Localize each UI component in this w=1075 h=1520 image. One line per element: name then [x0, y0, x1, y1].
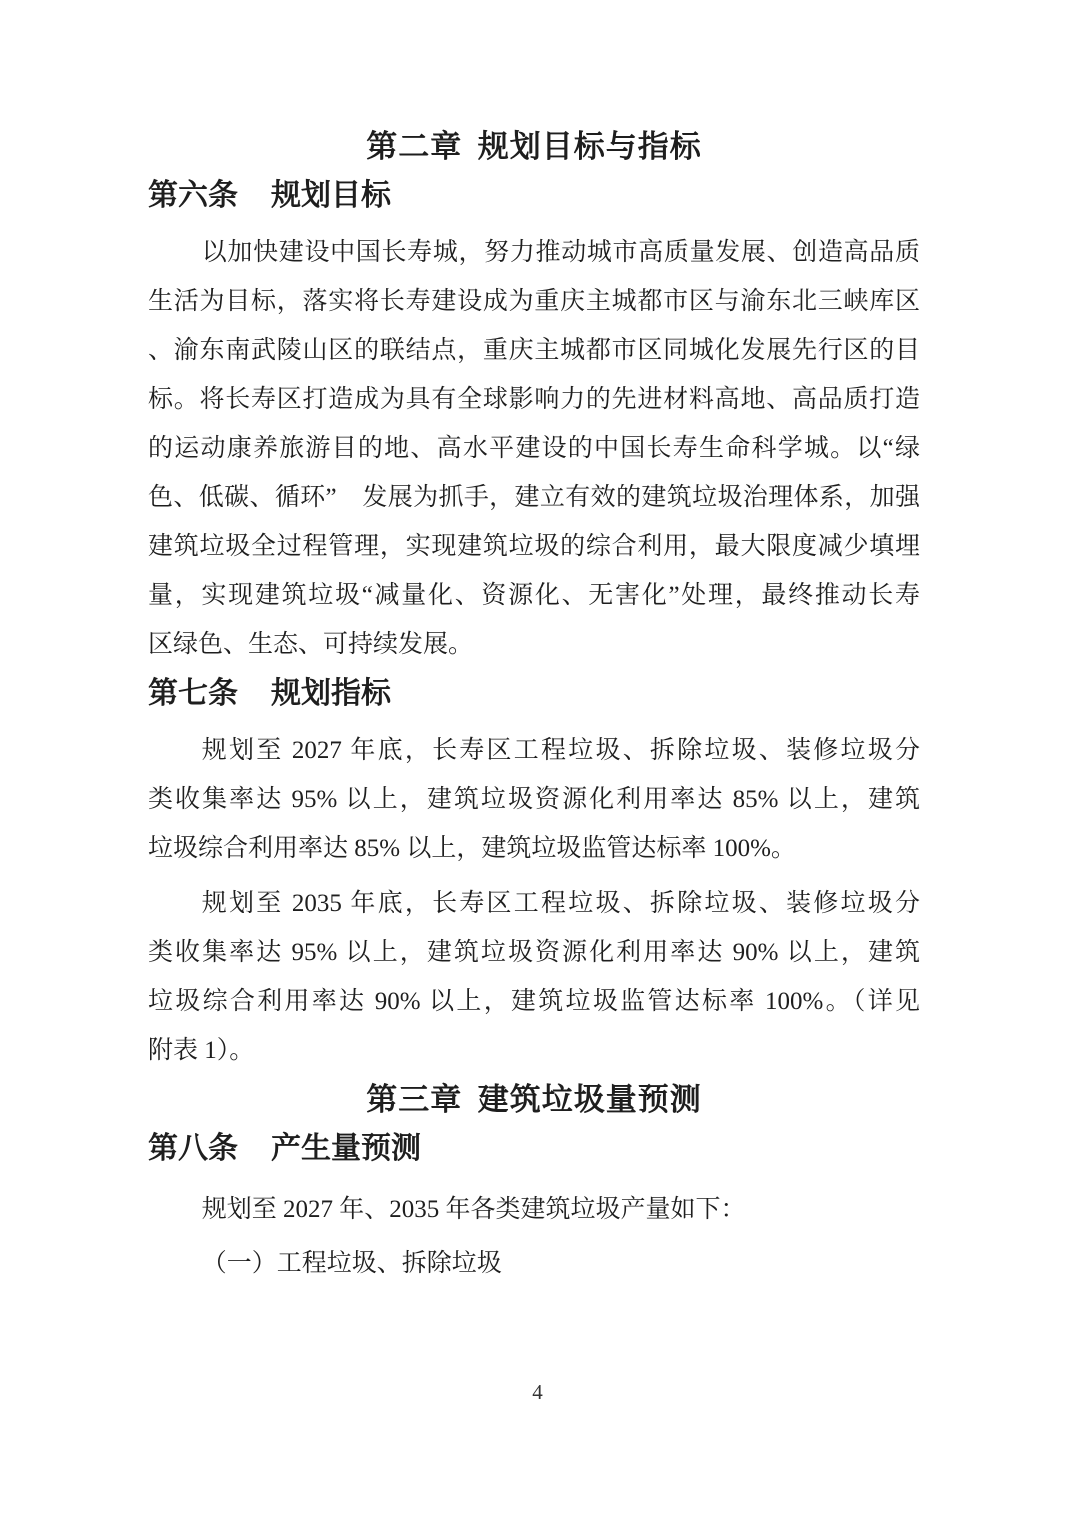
- article-7-heading: 第七条规划指标: [148, 669, 920, 718]
- chapter-2-name: 规划目标与指标: [478, 129, 702, 164]
- chapter-3-title: 第三章建筑垃圾量预测: [148, 1075, 920, 1124]
- chapter-3-name: 建筑垃圾量预测: [478, 1082, 702, 1117]
- paragraph-indicator-2035: 规划至 2035 年底，长寿区工程垃圾、拆除垃圾、装修垃圾分类收集率达 95% …: [148, 879, 920, 1075]
- article-8-heading: 第八条产生量预测: [148, 1124, 920, 1173]
- paragraph-line: 区绿色、生态、可持续发展。: [148, 620, 920, 669]
- article-6-number: 第六条: [148, 179, 238, 212]
- article-7-number: 第七条: [148, 677, 238, 710]
- paragraph-line: 以加快建设中国长寿城，努力推动城市高质量发展、创造高品质: [148, 228, 920, 277]
- paragraph-line: 建筑垃圾全过程管理，实现建筑垃圾的综合利用，最大限度减少填埋: [148, 522, 920, 571]
- paragraph-line: 规划至 2035 年底，长寿区工程垃圾、拆除垃圾、装修垃圾分: [148, 879, 920, 928]
- paragraph-item-1: （一）工程垃圾、拆除垃圾: [148, 1239, 920, 1288]
- paragraph-line: 标。将长寿区打造成为具有全球影响力的先进材料高地、高品质打造: [148, 375, 920, 424]
- paragraph-line: 垃圾综合利用率达 85% 以上，建筑垃圾监管达标率 100%。: [148, 824, 920, 873]
- paragraph-line: 、渝东南武陵山区的联结点，重庆主城都市区同城化发展先行区的目: [148, 326, 920, 375]
- paragraph-planning-goal: 以加快建设中国长寿城，努力推动城市高质量发展、创造高品质生活为目标，落实将长寿建…: [148, 228, 920, 669]
- article-6-heading: 第六条规划目标: [148, 171, 920, 220]
- paragraph-line: 规划至 2027 年、2035 年各类建筑垃圾产量如下：: [148, 1185, 920, 1234]
- chapter-2-number: 第二章: [366, 129, 462, 164]
- chapter-3-number: 第三章: [366, 1082, 462, 1117]
- paragraph-line: 色、低碳、循环” 发展为抓手，建立有效的建筑垃圾治理体系，加强: [148, 473, 920, 522]
- page-number: 4: [0, 1377, 1075, 1407]
- paragraph-line: 附表 1）。: [148, 1026, 920, 1075]
- paragraph-line: 生活为目标，落实将长寿建设成为重庆主城都市区与渝东北三峡库区: [148, 277, 920, 326]
- paragraph-line: 类收集率达 95% 以上，建筑垃圾资源化利用率达 85% 以上，建筑: [148, 775, 920, 824]
- article-8-name: 产生量预测: [271, 1132, 421, 1165]
- paragraph-line: 量，实现建筑垃圾“减量化、资源化、无害化”处理，最终推动长寿: [148, 571, 920, 620]
- paragraph-line: 垃圾综合利用率达 90% 以上，建筑垃圾监管达标率 100%。（详见: [148, 977, 920, 1026]
- paragraph-indicator-2027: 规划至 2027 年底，长寿区工程垃圾、拆除垃圾、装修垃圾分类收集率达 95% …: [148, 726, 920, 873]
- document-page: 第二章规划目标与指标 第六条规划目标 以加快建设中国长寿城，努力推动城市高质量发…: [0, 0, 1075, 1520]
- article-8-number: 第八条: [148, 1132, 238, 1165]
- article-7-name: 规划指标: [271, 677, 391, 710]
- paragraph-line: 的运动康养旅游目的地、高水平建设的中国长寿生命科学城。以“绿: [148, 424, 920, 473]
- article-6-name: 规划目标: [271, 179, 391, 212]
- document-content: 第二章规划目标与指标 第六条规划目标 以加快建设中国长寿城，努力推动城市高质量发…: [148, 122, 920, 1288]
- paragraph-line: 规划至 2027 年底，长寿区工程垃圾、拆除垃圾、装修垃圾分: [148, 726, 920, 775]
- chapter-2-title: 第二章规划目标与指标: [148, 122, 920, 171]
- paragraph-forecast-intro: 规划至 2027 年、2035 年各类建筑垃圾产量如下：: [148, 1185, 920, 1234]
- paragraph-line: 类收集率达 95% 以上，建筑垃圾资源化利用率达 90% 以上，建筑: [148, 928, 920, 977]
- paragraph-line: （一）工程垃圾、拆除垃圾: [148, 1239, 920, 1288]
